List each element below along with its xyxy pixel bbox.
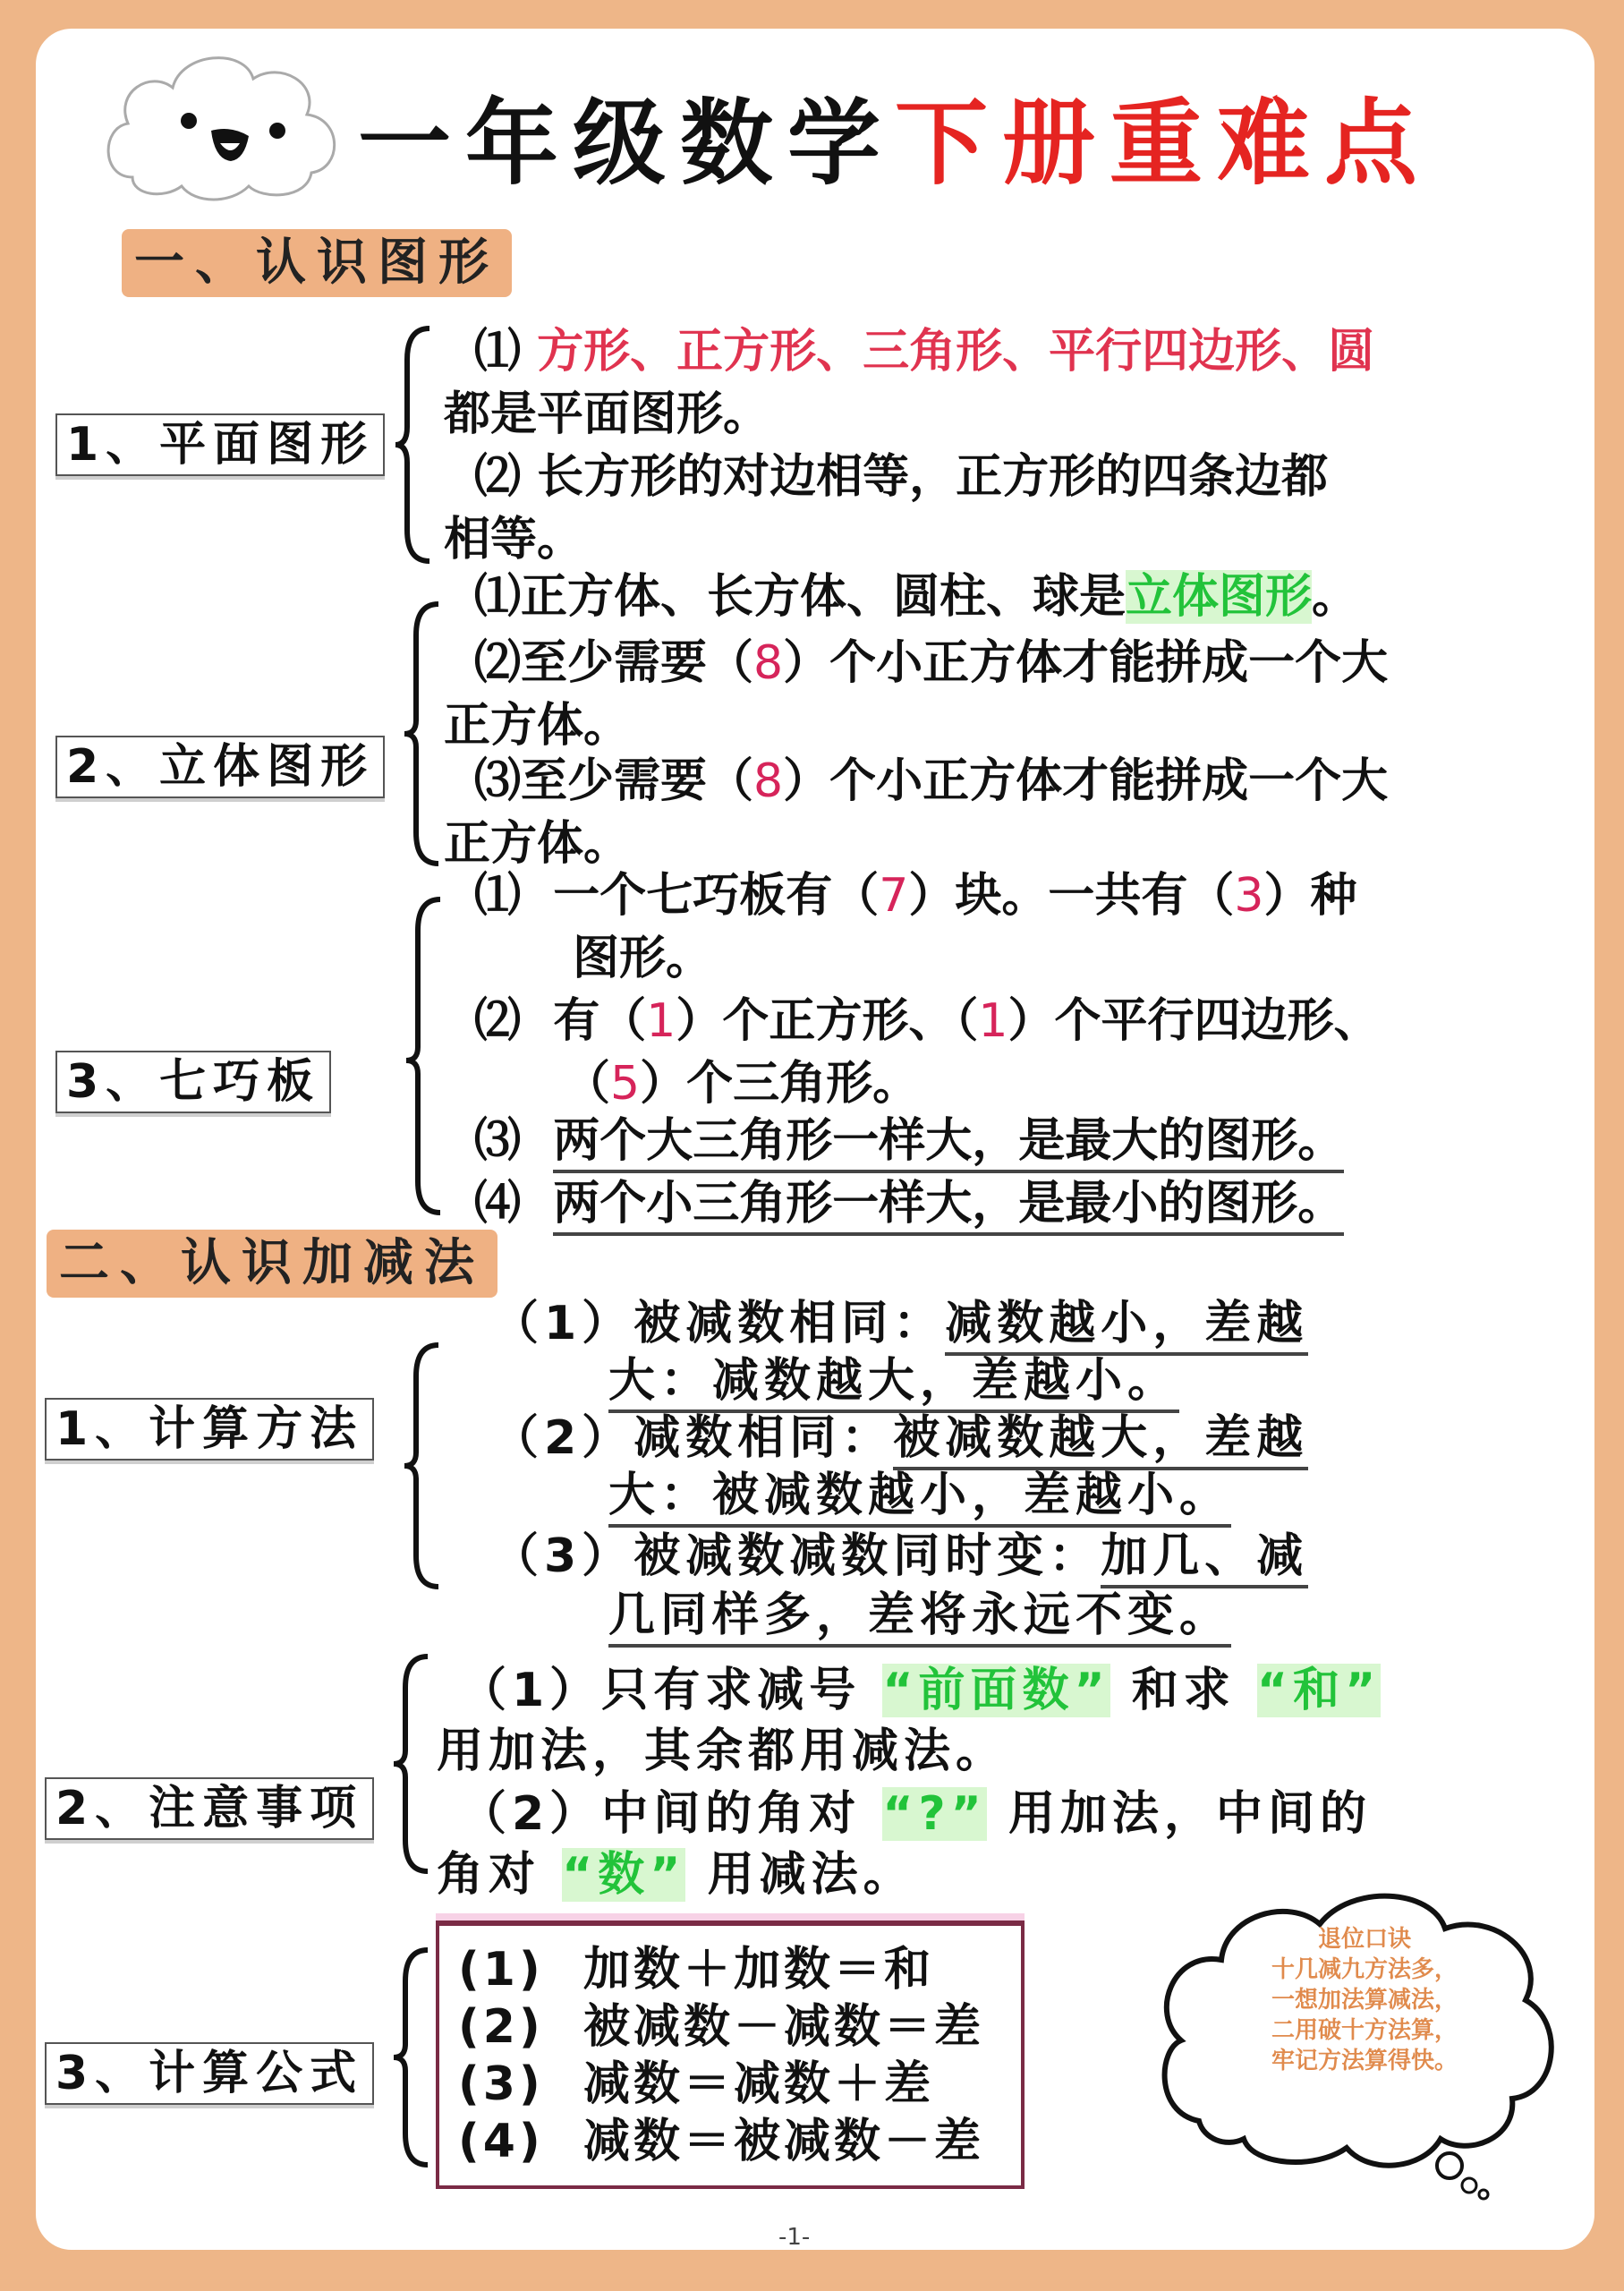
mnemonic-text: 退位口诀 十几减九方法多， 一想加法算减法， 二用破十方法算， 牢记方法算得快。	[1203, 1924, 1526, 2076]
label-notes: 2、注意事项	[45, 1777, 374, 1840]
line: （1）只有求减号 “前面数” 和求 “和”	[460, 1659, 1381, 1722]
line: 正方体。	[444, 694, 630, 757]
line: ⑶ 两个大三角形一样大，是最大的图形。	[474, 1110, 1344, 1172]
line: （2）中间的角对 “?” 用加法，中间的	[460, 1783, 1372, 1845]
line: 角对 “数” 用减法。	[437, 1844, 915, 1906]
formula: (1) 加数＋加数＝和	[458, 1938, 934, 2001]
label-plane-shapes: 1、平面图形	[55, 413, 385, 476]
line: ⑵ 长方形的对边相等，正方形的四条边都	[474, 446, 1328, 508]
title-black: 一年级数学	[358, 89, 895, 198]
line: （1）被减数相同：减数越小，差越	[492, 1292, 1308, 1355]
section-heading-shapes: 一、认识图形	[122, 229, 512, 297]
label-formulas: 3、计算公式	[45, 2042, 374, 2105]
brace-icon	[394, 324, 438, 566]
line: 图形。	[573, 927, 712, 990]
label-solid-shapes: 2、立体图形	[55, 736, 385, 798]
line: 几同样多，差将永远不变。	[608, 1584, 1231, 1647]
brace-icon	[403, 1341, 447, 1591]
line: ⑵至少需要（8）个小正方体才能拼成一个大	[474, 632, 1388, 694]
line: 大：被减数越小，差越小。	[608, 1464, 1231, 1527]
brace-icon	[404, 895, 449, 1217]
cloud-mascot-icon	[97, 43, 347, 204]
formula: (2) 被减数－减数＝差	[458, 1996, 984, 2058]
brace-icon	[392, 1946, 437, 2169]
formula: (4) 减数＝被减数－差	[458, 2110, 984, 2173]
line: ⑴ 方形、正方形、三角形、平行四边形、圆	[474, 320, 1374, 383]
line: ⑴正方体、长方体、圆柱、球是立体图形。	[474, 566, 1358, 628]
line: ⑶至少需要（8）个小正方体才能拼成一个大	[474, 750, 1388, 813]
formula: (3) 减数＝减数＋差	[458, 2053, 934, 2116]
page-title: 一年级数学下册重难点	[358, 97, 1432, 190]
section-heading-add-sub: 二、认识加减法	[47, 1230, 497, 1298]
brace-icon	[403, 600, 447, 868]
line: ⑴ 一个七巧板有（7）块。一共有（3）种	[474, 864, 1356, 927]
line: ⑵ 有（1）个正方形、（1）个平行四边形、	[474, 990, 1380, 1052]
line: （3）被减数减数同时变：加几、减	[492, 1525, 1308, 1588]
line: 用加法，其余都用减法。	[437, 1720, 1008, 1783]
page-number: -1-	[778, 2224, 810, 2251]
brace-icon	[392, 1652, 437, 1876]
line: （5）个三角形。	[564, 1052, 919, 1115]
line: 大：减数越大，差越小。	[608, 1350, 1179, 1412]
label-tangram: 3、七巧板	[55, 1051, 331, 1113]
line: 相等。	[444, 508, 583, 571]
line: 都是平面图形。	[444, 383, 769, 446]
line: ⑷ 两个小三角形一样大，是最小的图形。	[474, 1172, 1344, 1235]
label-calc-method: 1、计算方法	[45, 1398, 374, 1461]
line: （2）减数相同：被减数越大，差越	[492, 1407, 1308, 1469]
title-red: 下册重难点	[895, 89, 1432, 198]
